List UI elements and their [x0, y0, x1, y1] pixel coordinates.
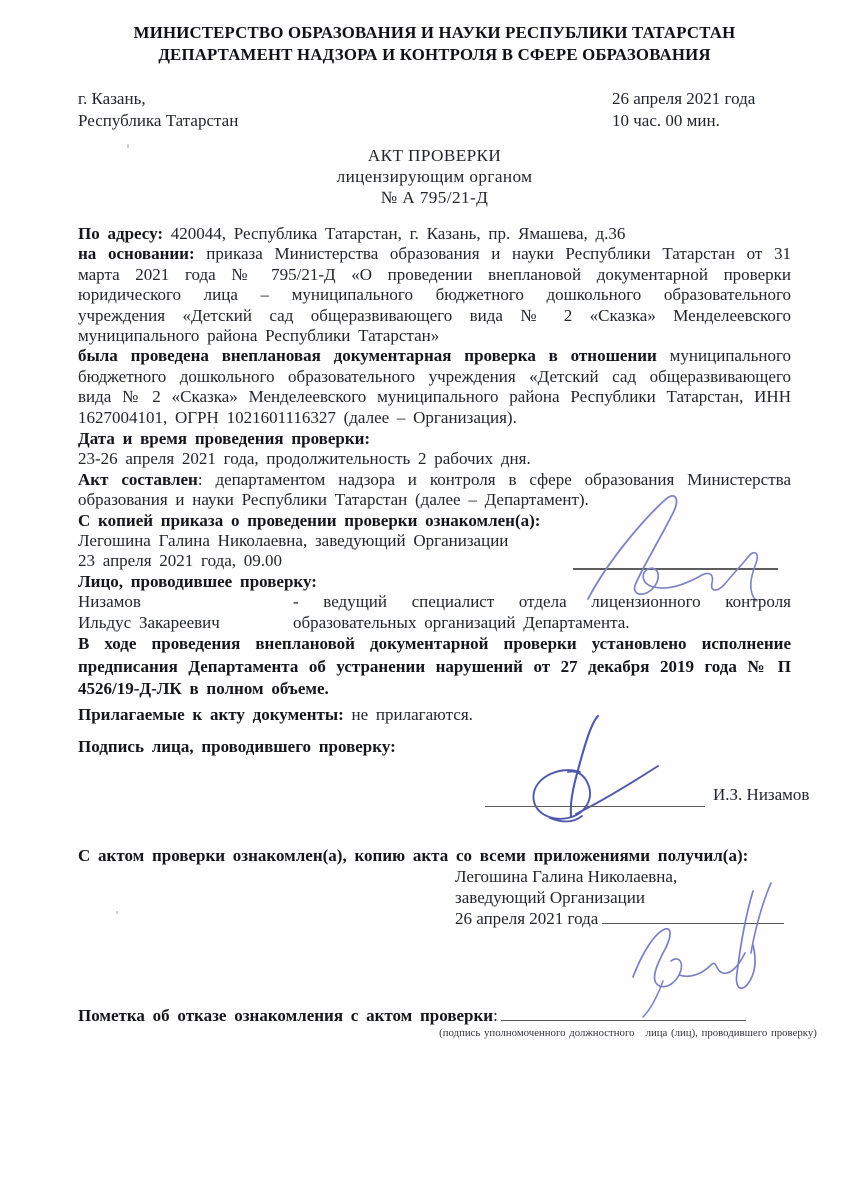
conducted-label: была проведена внеплановая документарная…: [78, 346, 657, 365]
section-refusal: Пометка об отказе ознакомления с актом п…: [78, 1006, 791, 1026]
refusal-caption: (подпись уполномоченного должностного ли…: [383, 1027, 850, 1039]
received-block: Легошина Галина Николаевна, заведующий О…: [455, 867, 800, 929]
inspector-row: Низамов Ильдус Закареевич - ведущий спец…: [78, 592, 791, 633]
received-date: 26 апреля 2021 года: [455, 909, 598, 928]
doc-time: 10 час. 00 мин.: [612, 110, 802, 132]
attachments-label: Прилагаемые к акту документы:: [78, 705, 344, 724]
doc-title: АКТ ПРОВЕРКИ лицензирующим органом № А 7…: [78, 145, 791, 208]
place-block: г. Казань, Республика Татарстан: [78, 88, 338, 131]
paragraph-address: По адресу: 420044, Республика Татарстан,…: [78, 224, 791, 244]
acquainted-label: С актом проверки ознакомлен(а), копию ак…: [78, 846, 791, 866]
attachments-text: не прилагаются.: [344, 705, 473, 724]
copy-date-line: 23 апреля 2021 года, 09.00: [78, 551, 791, 571]
doc-title-line1: АКТ ПРОВЕРКИ: [78, 145, 791, 166]
inspector-name: Низамов Ильдус Закареевич: [78, 592, 293, 633]
received-date-line: 26 апреля 2021 года: [455, 909, 800, 930]
scanned-document-page: МИНИСТЕРСТВО ОБРАЗОВАНИЯ И НАУКИ РЕСПУБЛ…: [0, 0, 850, 1200]
paragraph-basis: на основании: приказа Министерства образ…: [78, 244, 791, 346]
duration-text: 23-26 апреля 2021 года, продолжительност…: [78, 449, 791, 469]
refusal-label: Пометка об отказе ознакомления с актом п…: [78, 1006, 493, 1025]
org-name-line1: МИНИСТЕРСТВО ОБРАЗОВАНИЯ И НАУКИ РЕСПУБЛ…: [78, 22, 791, 44]
section-inspector: Лицо, проводившее проверку: Низамов Ильд…: [78, 572, 791, 633]
address-text: 420044, Республика Татарстан, г. Казань,…: [163, 224, 625, 243]
doc-date: 26 апреля 2021 года: [612, 88, 802, 110]
refusal-signature-line: [501, 1008, 746, 1021]
conclusion-text: В ходе проведения внеплановой документар…: [78, 633, 791, 701]
paragraph-conducted: была проведена внеплановая документарная…: [78, 346, 791, 428]
handwritten-signature-3: [603, 881, 793, 1021]
address-label: По адресу:: [78, 224, 163, 243]
place-region: Республика Татарстан: [78, 110, 338, 132]
inspector-firstname: Ильдус Закареевич: [78, 613, 293, 633]
copy-date: 23 апреля 2021 года, 09.00: [78, 551, 282, 570]
section-conclusion: В ходе проведения внеплановой документар…: [78, 633, 791, 701]
signature-line-2: [485, 806, 705, 807]
inspector-surname: Низамов: [78, 592, 293, 612]
scan-speck: [127, 144, 129, 148]
org-header: МИНИСТЕРСТВО ОБРАЗОВАНИЯ И НАУКИ РЕСПУБЛ…: [78, 22, 791, 66]
section-acquainted: С актом проверки ознакомлен(а), копию ак…: [78, 846, 791, 866]
scan-speck: [116, 911, 118, 914]
inspector-position: - ведущий специалист отдела лицензионног…: [293, 592, 791, 633]
datetime-label: Дата и время проведения проверки:: [78, 429, 791, 449]
section-dates: Дата и время проведения проверки: 23-26 …: [78, 429, 791, 572]
place-city: г. Казань,: [78, 88, 338, 110]
section-basis: По адресу: 420044, Республика Татарстан,…: [78, 224, 791, 428]
scan-speck: [213, 427, 215, 429]
inspector-signature-block: И.З. Низамов: [480, 714, 825, 824]
refusal-colon: :: [493, 1006, 498, 1025]
basis-label: на основании:: [78, 244, 195, 263]
act-label: Акт составлен: [78, 470, 198, 489]
org-name-line2: ДЕПАРТАМЕНТ НАДЗОРА И КОНТРОЛЯ В СФЕРЕ О…: [78, 44, 791, 66]
date-block: 26 апреля 2021 года 10 час. 00 мин.: [612, 88, 802, 131]
inspector-label: Лицо, проводившее проверку:: [78, 572, 791, 592]
refusal-line: Пометка об отказе ознакомления с актом п…: [78, 1006, 791, 1026]
doc-title-line2: лицензирующим органом: [78, 166, 791, 187]
inspector-signature-name: И.З. Низамов: [713, 785, 809, 805]
doc-title-line3: № А 795/21-Д: [78, 187, 791, 208]
handwritten-signature-2: [480, 714, 720, 824]
